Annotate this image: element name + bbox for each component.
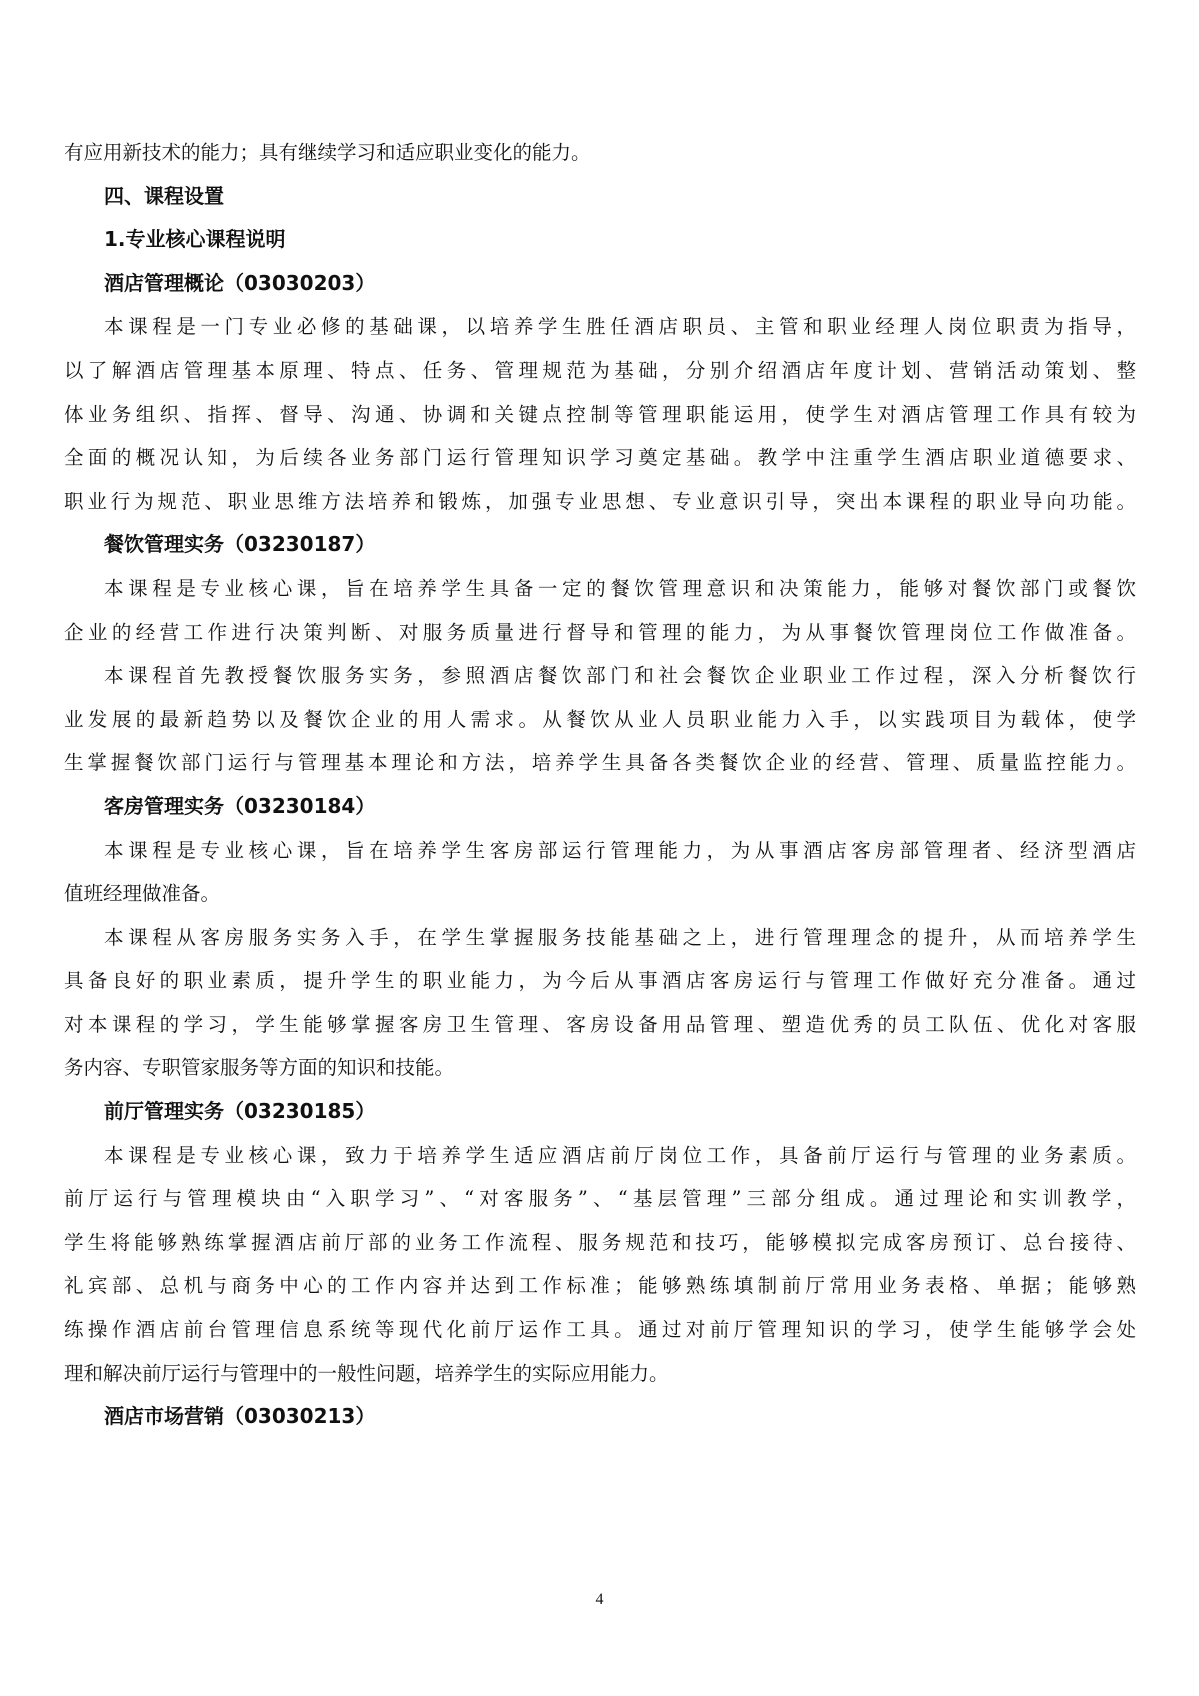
paragraph-line: 值班经理做准备。 — [64, 872, 1136, 916]
paragraph-line: 职业行为规范、职业思维方法培养和锻炼，加强专业思想、专业意识引导，突出本课程的职… — [64, 480, 1136, 524]
paragraph-line: 生掌握餐饮部门运行与管理基本理论和方法，培养学生具备各类餐饮企业的经营、管理、质… — [64, 741, 1136, 785]
paragraph-line: 前厅运行与管理模块由“入职学习”、“对客服务”、“基层管理”三部分组成。通过理论… — [64, 1177, 1136, 1221]
course-title: 前厅管理实务（03230185） — [64, 1090, 1136, 1134]
paragraph-line: 本课程从客房服务实务入手，在学生掌握服务技能基础之上，进行管理理念的提升，从而培… — [64, 916, 1136, 960]
paragraph-line: 务内容、专职管家服务等方面的知识和技能。 — [64, 1046, 1136, 1090]
course-title: 酒店市场营销（03030213） — [64, 1395, 1136, 1439]
course-title: 餐饮管理实务（03230187） — [64, 523, 1136, 567]
paragraph-line: 业发展的最新趋势以及餐饮企业的用人需求。从餐饮从业人员职业能力入手，以实践项目为… — [64, 698, 1136, 742]
paragraph-line: 练操作酒店前台管理信息系统等现代化前厅运作工具。通过对前厅管理知识的学习，使学生… — [64, 1308, 1136, 1352]
course-title: 酒店管理概论（03030203） — [64, 262, 1136, 306]
paragraph-line: 学生将能够熟练掌握酒店前厅部的业务工作流程、服务规范和技巧，能够模拟完成客房预订… — [64, 1221, 1136, 1265]
page-number: 4 — [0, 1591, 1199, 1609]
paragraph-line: 本课程是一门专业必修的基础课，以培养学生胜任酒店职员、主管和职业经理人岗位职责为… — [64, 305, 1136, 349]
paragraph-line: 企业的经营工作进行决策判断、对服务质量进行督导和管理的能力，为从事餐饮管理岗位工… — [64, 611, 1136, 655]
paragraph-line: 有应用新技术的能力；具有继续学习和适应职业变化的能力。 — [64, 131, 1136, 175]
course-title: 客房管理实务（03230184） — [64, 785, 1136, 829]
paragraph-line: 全面的概况认知，为后续各业务部门运行管理知识学习奠定基础。教学中注重学生酒店职业… — [64, 436, 1136, 480]
paragraph-line: 具备良好的职业素质，提升学生的职业能力，为今后从事酒店客房运行与管理工作做好充分… — [64, 959, 1136, 1003]
paragraph-line: 本课程是专业核心课，致力于培养学生适应酒店前厅岗位工作，具备前厅运行与管理的业务… — [64, 1134, 1136, 1178]
paragraph-line: 礼宾部、总机与商务中心的工作内容并达到工作标准；能够熟练填制前厅常用业务表格、单… — [64, 1264, 1136, 1308]
paragraph-line: 本课程首先教授餐饮服务实务，参照酒店餐饮部门和社会餐饮企业职业工作过程，深入分析… — [64, 654, 1136, 698]
page-content: 有应用新技术的能力；具有继续学习和适应职业变化的能力。 四、课程设置 1.专业核… — [64, 131, 1136, 1439]
paragraph-line: 以了解酒店管理基本原理、特点、任务、管理规范为基础，分别介绍酒店年度计划、营销活… — [64, 349, 1136, 393]
document-page: 有应用新技术的能力；具有继续学习和适应职业变化的能力。 四、课程设置 1.专业核… — [0, 0, 1199, 1696]
subsection-heading: 1.专业核心课程说明 — [64, 218, 1136, 262]
paragraph-line: 体业务组织、指挥、督导、沟通、协调和关键点控制等管理职能运用，使学生对酒店管理工… — [64, 393, 1136, 437]
paragraph-line: 理和解决前厅运行与管理中的一般性问题，培养学生的实际应用能力。 — [64, 1352, 1136, 1396]
paragraph-line: 对本课程的学习，学生能够掌握客房卫生管理、客房设备用品管理、塑造优秀的员工队伍、… — [64, 1003, 1136, 1047]
paragraph-line: 本课程是专业核心课，旨在培养学生具备一定的餐饮管理意识和决策能力，能够对餐饮部门… — [64, 567, 1136, 611]
paragraph-line: 本课程是专业核心课，旨在培养学生客房部运行管理能力，为从事酒店客房部管理者、经济… — [64, 829, 1136, 873]
section-heading: 四、课程设置 — [64, 175, 1136, 219]
